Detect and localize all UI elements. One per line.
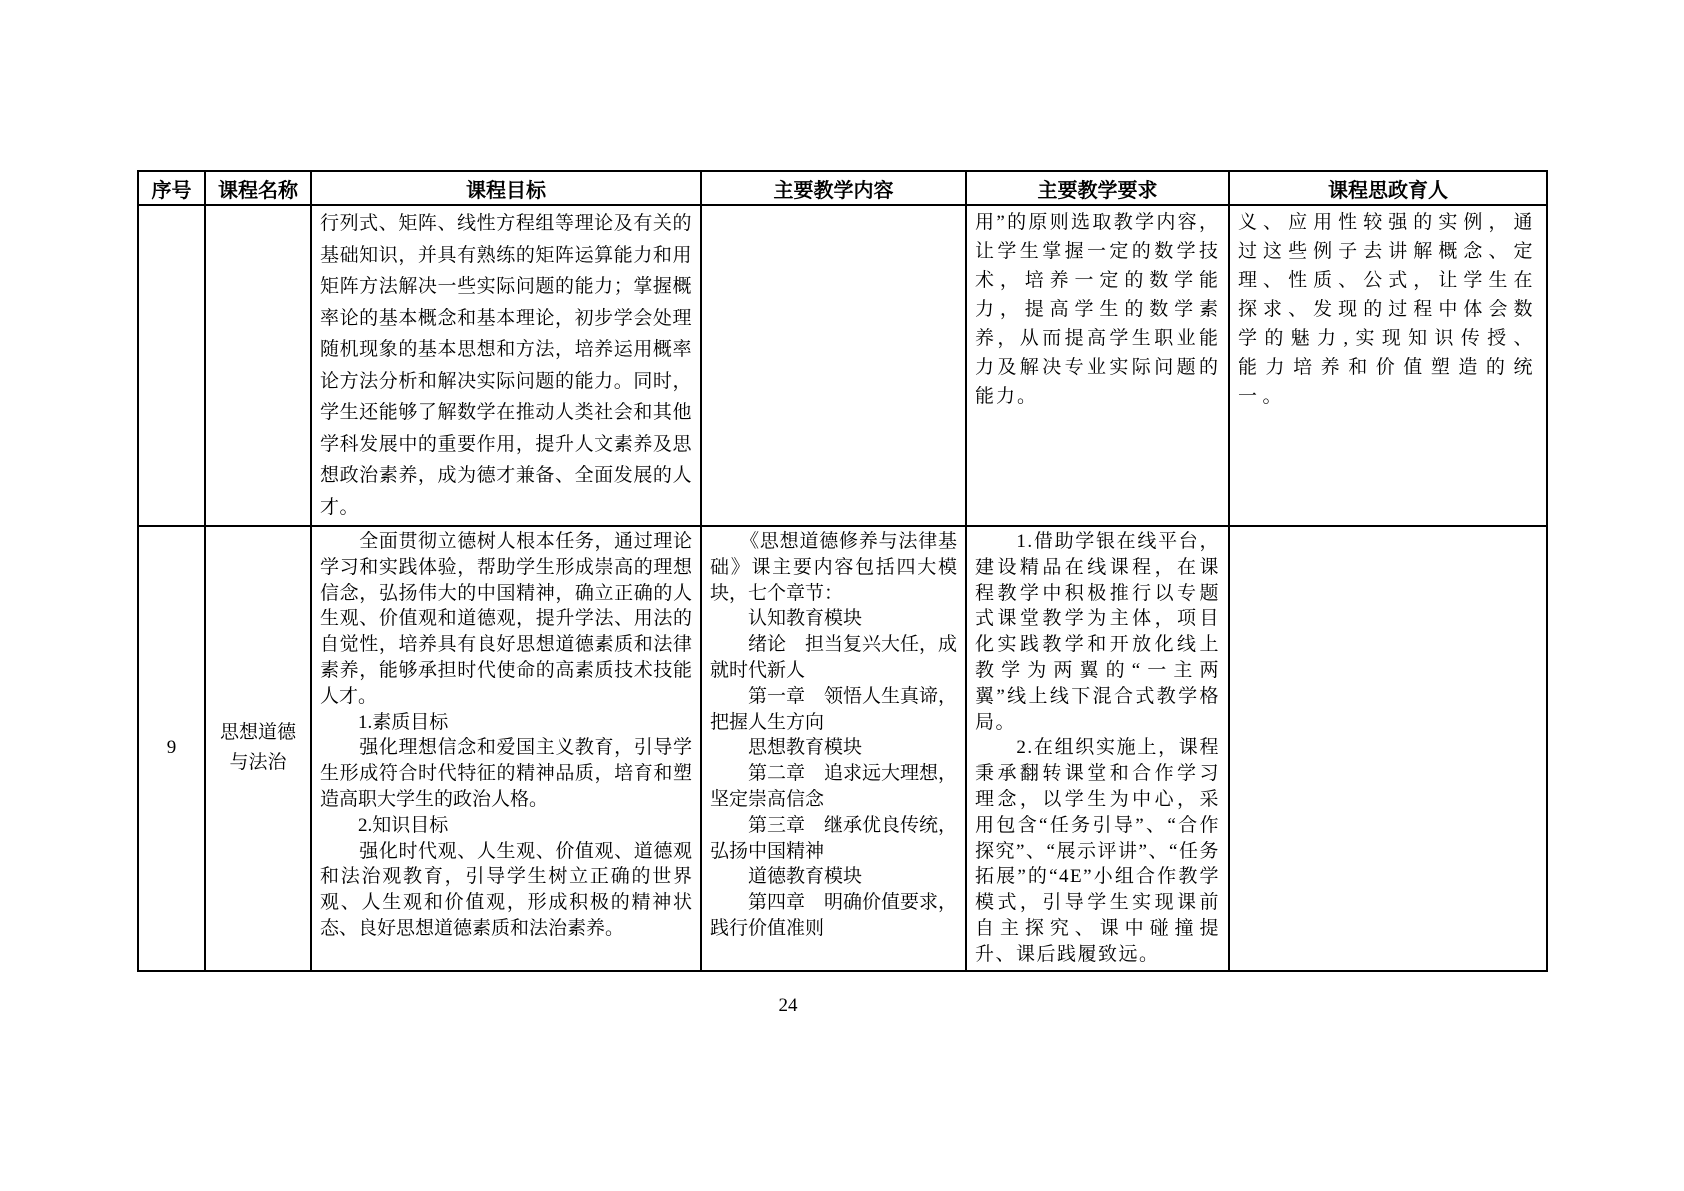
teaching-requirements-text: 1.借助学银在线平台，建设精品在线课程，在课程教学中积极推行以专题式课堂教学为主… — [975, 529, 1220, 968]
teaching-content-text: 《思想道德修养与法律基础》课主要内容包括四大模块，七个章节： 认知教育模块 绪论… — [710, 529, 957, 942]
page-number: 24 — [0, 995, 1576, 1017]
course-name-cell: 思想道德与法治 — [205, 526, 311, 971]
header-course-objectives: 课程目标 — [311, 171, 701, 205]
teaching-requirements-cell: 用”的原则选取教学内容，让学生掌握一定的数学技术，培养一定的数学能力，提高学生的… — [966, 205, 1229, 526]
course-objectives-cell: 全面贯彻立德树人根本任务，通过理论学习和实践体验，帮助学生形成崇高的理想信念，弘… — [311, 526, 701, 971]
table-row-9: 9 思想道德与法治 全面贯彻立德树人根本任务，通过理论学习和实践体验，帮助学生形… — [138, 526, 1547, 971]
course-table: 序号 课程名称 课程目标 主要教学内容 主要教学要求 课程思政育人 行列式、矩阵… — [137, 170, 1548, 972]
header-ideology-education: 课程思政育人 — [1229, 171, 1547, 205]
teaching-requirements-cell: 1.借助学银在线平台，建设精品在线课程，在课程教学中积极推行以专题式课堂教学为主… — [966, 526, 1229, 971]
teaching-content-cell: 《思想道德修养与法律基础》课主要内容包括四大模块，七个章节： 认知教育模块 绪论… — [701, 526, 966, 971]
ideology-education-text: 义、应用性较强的实例，通过这些例子去讲解概念、定理、性质、公式，让学生在探求、发… — [1238, 208, 1538, 411]
table-header-row: 序号 课程名称 课程目标 主要教学内容 主要教学要求 课程思政育人 — [138, 171, 1547, 205]
course-objectives-text: 行列式、矩阵、线性方程组等理论及有关的基础知识，并具有熟练的矩阵运算能力和用矩阵… — [320, 208, 692, 523]
teaching-content-cell — [701, 205, 966, 526]
seq-cell: 9 — [138, 526, 205, 971]
header-teaching-content: 主要教学内容 — [701, 171, 966, 205]
seq-cell — [138, 205, 205, 526]
ideology-education-cell: 义、应用性较强的实例，通过这些例子去讲解概念、定理、性质、公式，让学生在探求、发… — [1229, 205, 1547, 526]
ideology-education-cell — [1229, 526, 1547, 971]
course-name-cell — [205, 205, 311, 526]
document-page: 序号 课程名称 课程目标 主要教学内容 主要教学要求 课程思政育人 行列式、矩阵… — [137, 170, 1548, 972]
teaching-requirements-text: 用”的原则选取教学内容，让学生掌握一定的数学技术，培养一定的数学能力，提高学生的… — [975, 208, 1220, 411]
header-course-name: 课程名称 — [205, 171, 311, 205]
header-teaching-requirements: 主要教学要求 — [966, 171, 1229, 205]
table-row-continued: 行列式、矩阵、线性方程组等理论及有关的基础知识，并具有熟练的矩阵运算能力和用矩阵… — [138, 205, 1547, 526]
course-objectives-cell: 行列式、矩阵、线性方程组等理论及有关的基础知识，并具有熟练的矩阵运算能力和用矩阵… — [311, 205, 701, 526]
course-objectives-text: 全面贯彻立德树人根本任务，通过理论学习和实践体验，帮助学生形成崇高的理想信念，弘… — [320, 529, 692, 942]
header-seq: 序号 — [138, 171, 205, 205]
